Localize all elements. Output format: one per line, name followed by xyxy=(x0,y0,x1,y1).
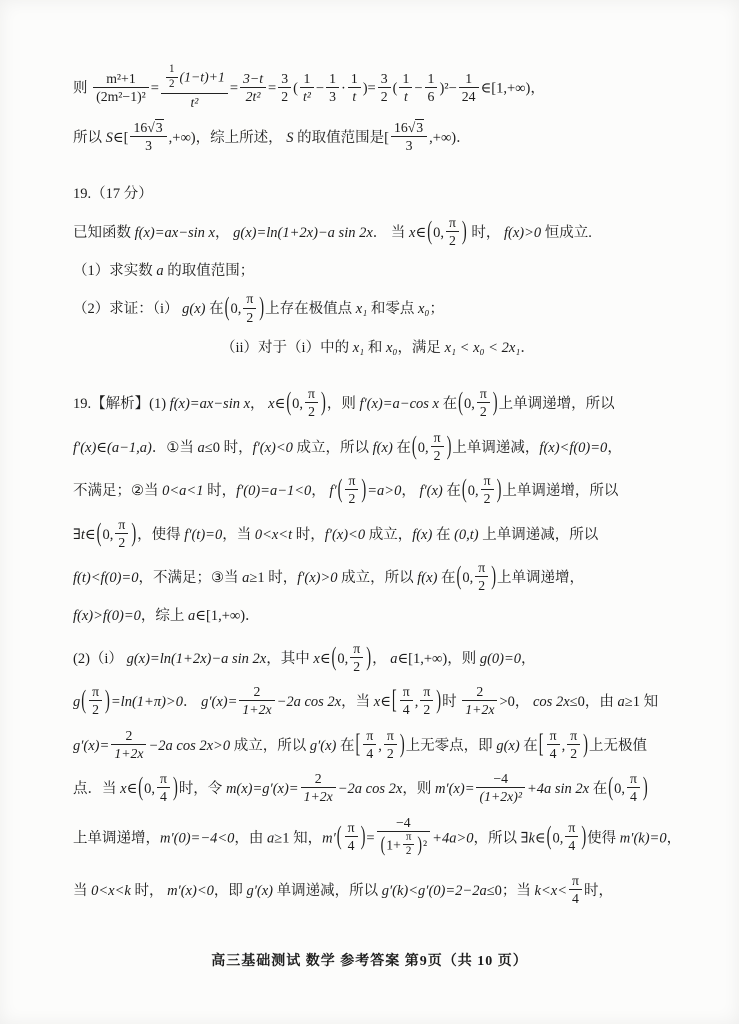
big-delimiter: ) xyxy=(497,467,502,514)
math-run: g(x) xyxy=(182,301,205,317)
text-run: π xyxy=(403,684,410,699)
math-run: 1+2x xyxy=(114,746,143,761)
text-run: 点．当 xyxy=(73,781,120,797)
solution-18-line-2: 所以 S∈[16√33,+∞)，综上所述， S 的取值范围是[16√33,+∞)… xyxy=(73,121,687,156)
text-run: ，不满足；③当 xyxy=(138,570,242,586)
text-run: π xyxy=(423,684,430,699)
big-delimiter: ) xyxy=(366,635,371,682)
fraction: 21+2x xyxy=(462,683,497,718)
fraction: 16√33 xyxy=(391,119,427,154)
text-run: π xyxy=(550,728,557,743)
math-run: g(x)=ln(1+2x)−a sin 2x xyxy=(233,225,373,241)
fraction: 16 xyxy=(425,70,438,105)
text-run: 2 xyxy=(349,491,356,506)
math-run: x₀ xyxy=(386,340,397,356)
text-run: = xyxy=(151,81,159,97)
text-run: 0, xyxy=(433,225,444,241)
text-run: 0, xyxy=(468,483,479,499)
fraction: π2 xyxy=(475,559,488,594)
big-delimiter: ) xyxy=(583,722,588,769)
text-run: ≥1 知， xyxy=(274,830,322,846)
text-run: π xyxy=(366,728,373,743)
math-run: f′(x)=a−cos x xyxy=(359,396,439,412)
fraction: π2 xyxy=(403,831,415,860)
math-run: f(x) xyxy=(417,570,437,586)
text-run: 2 xyxy=(449,233,456,248)
text-run: · xyxy=(341,81,346,97)
page-footer: 高三基础测试 数学 参考答案 第9页（共 10 页） xyxy=(0,950,739,970)
text-run: π xyxy=(434,430,441,445)
math-run: −2a cos 2x>0 xyxy=(148,738,230,754)
document-body: 则 m²+1(2m²−1)²=12(1−t)+1t²=3−t2t²=32(1t²… xyxy=(73,58,687,918)
text-run: ∈ xyxy=(275,396,286,412)
math-run: f′(x) xyxy=(419,483,442,499)
fraction: π2 xyxy=(431,429,444,464)
text-run: 1+ xyxy=(386,837,401,852)
math-run: f′(x)>0 xyxy=(297,570,337,586)
text-run: 上单调递增， xyxy=(497,570,584,586)
text-run: 1 xyxy=(303,71,310,86)
fraction: π4 xyxy=(157,770,170,805)
text-run: 3 xyxy=(281,71,288,86)
text-run: 2 xyxy=(478,578,485,593)
text-run: ∈ xyxy=(85,527,96,543)
text-run: − xyxy=(316,81,324,97)
solution-19-line-1: 19.【解析】(1) f(x)=ax−sin x， x∈(0,π2)，则 f′(… xyxy=(73,387,687,422)
scanned-answer-page: 则 m²+1(2m²−1)²=12(1−t)+1t²=3−t2t²=32(1t²… xyxy=(0,0,739,1024)
text-run: 6 xyxy=(428,89,435,104)
text-run: ² xyxy=(423,837,427,852)
text-run: 在 xyxy=(393,440,411,456)
big-delimiter: [ xyxy=(355,722,360,769)
text-run: 0, xyxy=(553,830,564,846)
text-run: −4 xyxy=(493,771,508,786)
math-run: S xyxy=(106,130,113,146)
big-delimiter: ( xyxy=(81,679,86,726)
text-run: 上无极值 xyxy=(589,738,647,754)
math-run: +4a>0 xyxy=(432,830,473,846)
text-run: 2 xyxy=(423,702,430,717)
math-run: =ln(1+π)>0 xyxy=(111,694,183,710)
text-run: π xyxy=(570,728,577,743)
text-run: ， xyxy=(250,396,268,412)
math-run: x₁ xyxy=(356,301,367,317)
text-run: 在 xyxy=(520,738,538,754)
text-run: ，则 xyxy=(327,396,360,412)
math-run: 3−t xyxy=(243,71,263,86)
math-run: f′(x)<0 xyxy=(253,440,293,456)
text-run: 上无零点，即 xyxy=(406,738,497,754)
text-run: ， xyxy=(372,651,390,667)
solution-19-line-5: f(t)<f(0)=0，不满足；③当 a≥1 时，f′(x)>0 成立，所以 f… xyxy=(73,561,687,596)
solution-19-line-3: 不满足；②当 0<a<1 时，f′(0)=a−1<0， f′(π2)=a>0， … xyxy=(73,474,687,509)
big-delimiter: ) xyxy=(173,765,178,812)
text-run: 和零点 xyxy=(367,301,418,317)
text-run: ∈[ xyxy=(113,130,129,146)
math-run: g′(x)= xyxy=(201,694,237,710)
text-run: 时， xyxy=(292,527,325,543)
math-run: x₁ < x₀ < 2x₁ xyxy=(445,340,521,356)
text-run: 1 xyxy=(402,71,409,86)
big-delimiter: ( xyxy=(462,467,467,514)
fraction: π4 xyxy=(627,770,640,805)
big-delimiter: ( xyxy=(286,381,291,428)
text-run: 0, xyxy=(230,301,241,317)
text-run: 2 xyxy=(254,684,261,699)
question-19-part-1: （1）求实数 a 的取值范围； xyxy=(73,259,687,284)
text-run: 0, xyxy=(462,570,473,586)
text-run: )²− xyxy=(439,81,456,97)
text-run: 上单调递增，所以 xyxy=(502,483,618,499)
math-run: m′(x)<0 xyxy=(167,883,214,899)
math-run: (1−t)+1 xyxy=(180,69,225,84)
text-run: 时，令 xyxy=(179,781,226,797)
fraction: 3−t2t² xyxy=(240,70,266,105)
math-run: 0<a<1 xyxy=(162,483,203,499)
text-run: 19.（17 分） xyxy=(73,186,153,202)
text-run: 在 xyxy=(439,396,457,412)
fraction: 21+2x xyxy=(301,770,336,805)
text-run: = xyxy=(366,830,374,846)
text-run: ∈ xyxy=(535,830,546,846)
fraction: π2 xyxy=(567,727,580,762)
text-run: ∈ xyxy=(127,781,138,797)
fraction: −4(1+2x)² xyxy=(476,770,524,805)
math-run: f′(t)=0 xyxy=(184,527,222,543)
text-run: π xyxy=(387,728,394,743)
math-run: g(x) xyxy=(496,738,519,754)
big-delimiter: [ xyxy=(392,679,397,726)
math-run: f′(x)<0 xyxy=(325,527,365,543)
text-run: π xyxy=(568,820,575,835)
text-run: −4 xyxy=(396,815,411,830)
text-run: 成立，所以 xyxy=(230,738,310,754)
text-run: 3 xyxy=(406,138,413,153)
fraction: π2 xyxy=(350,640,363,675)
fraction: π2 xyxy=(115,516,128,551)
fraction: π4 xyxy=(400,683,413,718)
math-run: S xyxy=(286,130,293,146)
solution-19-line-9: g′(x)=21+2x−2a cos 2x>0 成立，所以 g′(x) 在[π4… xyxy=(73,729,687,764)
text-run: ( xyxy=(393,81,398,97)
math-run: (0,t) xyxy=(454,527,479,543)
text-run: ． xyxy=(183,694,201,710)
fraction: π2 xyxy=(305,385,318,420)
text-run: 1 xyxy=(329,71,336,86)
math-run: f(x)>0 xyxy=(504,225,541,241)
big-delimiter: ) xyxy=(447,424,452,471)
text-run: 4 xyxy=(550,746,557,761)
text-run: 4 xyxy=(568,838,575,853)
text-run: ，即 xyxy=(214,883,247,899)
text-run: 0, xyxy=(292,396,303,412)
text-run: （ii）对于（i）中的 xyxy=(221,340,353,356)
big-delimiter: ) xyxy=(417,831,422,857)
fraction: π2 xyxy=(477,385,490,420)
fraction: 32 xyxy=(278,70,291,105)
math-run: f(t)<f(0)=0 xyxy=(73,570,138,586)
solution-19-line-6: f(x)>f(0)=0，综上 a∈[1,+∞)． xyxy=(73,604,687,629)
text-run: ，当 xyxy=(341,694,374,710)
text-run: 在 xyxy=(206,301,224,317)
text-run: 2 xyxy=(118,535,125,550)
text-run: , xyxy=(415,694,419,710)
text-run: ∈ xyxy=(415,225,426,241)
math-run: g′(x) xyxy=(246,883,273,899)
text-run: ∈[1,+∞)， xyxy=(481,81,545,97)
math-run: f′(0)=a−1<0 xyxy=(236,483,311,499)
text-run: 时， xyxy=(131,883,167,899)
text-run: 单调递减，所以 xyxy=(273,883,382,899)
text-run: π xyxy=(353,641,360,656)
text-run: 2 xyxy=(476,684,483,699)
text-run: ≤0 时， xyxy=(205,440,253,456)
text-run: ； xyxy=(429,301,444,317)
text-run: 在 xyxy=(432,527,454,543)
big-delimiter: ) xyxy=(581,815,586,862)
big-delimiter: ) xyxy=(491,554,496,601)
math-run: f(x)=ax−sin x xyxy=(135,225,215,241)
math-run: a xyxy=(197,440,204,456)
math-run: (a−1,a) xyxy=(107,440,152,456)
math-run: m′(0)=−4<0 xyxy=(160,830,234,846)
text-run: 上存在极值点 xyxy=(265,301,356,317)
math-run: =a>0 xyxy=(367,483,401,499)
math-run: g(x)=ln(1+2x)−a sin 2x xyxy=(127,651,267,667)
big-delimiter: ) xyxy=(462,209,467,256)
text-run: = xyxy=(268,81,276,97)
big-delimiter: ) xyxy=(643,765,648,812)
math-run: 1+2x xyxy=(242,702,271,717)
fraction: π4 xyxy=(363,727,376,762)
fraction: m²+1(2m²−1)² xyxy=(93,70,149,105)
text-run: 在 xyxy=(336,738,354,754)
big-delimiter: ) xyxy=(105,679,110,726)
text-run: ,+∞)，综上所述， xyxy=(169,130,287,146)
math-run: f(x)>f(0)=0 xyxy=(73,608,141,624)
text-run: 已知函数 xyxy=(73,225,135,241)
math-run: f′(x) xyxy=(73,440,96,456)
text-run: − xyxy=(414,81,422,97)
text-run: ， xyxy=(215,225,233,241)
text-run: )= xyxy=(363,81,376,97)
text-run: 2 xyxy=(92,702,99,717)
text-run: 3 xyxy=(145,138,152,153)
math-run: k<x< xyxy=(535,883,567,899)
math-run: f(x)=ax−sin x xyxy=(170,396,250,412)
big-delimiter: ( xyxy=(412,424,417,471)
text-run: 4 xyxy=(366,746,373,761)
question-19-part-2i: （2）求证：（i） g(x) 在(0,π2)上存在极值点 x₁ 和零点 x₀； xyxy=(73,292,687,327)
fraction: π2 xyxy=(243,290,256,325)
big-delimiter: ) xyxy=(361,467,366,514)
fraction: 12 xyxy=(166,63,178,92)
text-run: 4 xyxy=(348,838,355,853)
fraction: π2 xyxy=(446,214,459,249)
fraction: π4 xyxy=(569,872,582,907)
fraction: π2 xyxy=(89,683,102,718)
math-run: m′(x)= xyxy=(435,781,475,797)
text-run: 上单调递增，所以 xyxy=(499,396,615,412)
text-run: 2 xyxy=(406,845,412,857)
text-run: ∈[1,+∞)． xyxy=(195,608,259,624)
text-run: 成立，所以 xyxy=(293,440,373,456)
math-run: f(x)<f(0)=0 xyxy=(539,440,607,456)
big-delimiter: ( xyxy=(427,209,432,256)
text-run: π xyxy=(484,473,491,488)
text-run: 2 xyxy=(125,728,132,743)
math-run: f(x) xyxy=(412,527,432,543)
fraction: 16√33 xyxy=(130,119,166,154)
text-run: ， xyxy=(667,830,682,846)
big-delimiter: ( xyxy=(338,467,343,514)
text-run: ，当 xyxy=(222,527,255,543)
text-run: 上单调递增， xyxy=(73,830,160,846)
text-run: 1 xyxy=(428,71,435,86)
big-delimiter: [ xyxy=(539,722,544,769)
text-run: 2 xyxy=(315,771,322,786)
text-run: 的取值范围是[ xyxy=(294,130,389,146)
text-run: , xyxy=(562,738,566,754)
text-run: 使得 xyxy=(587,830,620,846)
big-delimiter: ) xyxy=(131,511,136,558)
fraction: −4(1+π2)² xyxy=(377,814,431,861)
math-run: g(0)=0 xyxy=(480,651,521,667)
text-run: ，由 xyxy=(234,830,267,846)
math-run: m′ xyxy=(322,830,336,846)
text-run: ≤0；当 xyxy=(487,883,535,899)
math-run: a xyxy=(617,694,624,710)
big-delimiter: ) xyxy=(259,286,264,333)
text-run: 1 xyxy=(351,71,358,86)
text-run: 0, xyxy=(614,781,625,797)
text-run: (2)（i） xyxy=(73,651,127,667)
text-run: ∈ xyxy=(380,694,391,710)
fraction: 1t² xyxy=(300,70,314,105)
big-delimiter: ( xyxy=(457,554,462,601)
text-run: 时， xyxy=(203,483,236,499)
text-run: π xyxy=(480,386,487,401)
big-delimiter: ( xyxy=(458,381,463,428)
text-run: ≥1 知 xyxy=(625,694,658,710)
big-delimiter: ) xyxy=(361,815,366,862)
text-run: 2 xyxy=(281,89,288,104)
text-run: （1）求实数 xyxy=(73,263,156,279)
text-run: ． 当 xyxy=(373,225,409,241)
text-run: , xyxy=(378,738,382,754)
fraction: 124 xyxy=(459,70,479,105)
math-run: x₁ xyxy=(353,340,364,356)
text-run: 2 xyxy=(381,89,388,104)
text-run: (2m²−1)² xyxy=(96,89,146,104)
text-run: 4 xyxy=(630,789,637,804)
big-delimiter: ( xyxy=(225,286,230,333)
text-run: （2）求证：（i） xyxy=(73,301,182,317)
text-run: 0, xyxy=(102,527,113,543)
text-run: 1 xyxy=(169,63,175,75)
text-run: 上单调递减，所以 xyxy=(479,527,599,543)
text-run: 3 xyxy=(329,89,336,104)
text-run: π xyxy=(118,517,125,532)
text-run: ．①当 xyxy=(152,440,198,456)
text-run: 成立， xyxy=(365,527,412,543)
math-run: t xyxy=(352,89,356,104)
text-run: 在 xyxy=(443,483,461,499)
text-run: 4 xyxy=(403,702,410,717)
solution-19-line-12: 当 0<x<k 时， m′(x)<0，即 g′(x) 单调递减，所以 g′(k)… xyxy=(73,874,687,909)
text-run: 恒成立. xyxy=(541,225,592,241)
text-run: π xyxy=(160,771,167,786)
big-delimiter: ( xyxy=(337,815,342,862)
text-run: m²+1 xyxy=(106,71,135,86)
text-run: 16 xyxy=(133,120,147,135)
text-run: π xyxy=(348,473,355,488)
text-run: ， xyxy=(521,651,536,667)
text-run: ，满足 xyxy=(397,340,444,356)
text-run: π xyxy=(348,820,355,835)
math-run: 0<x<t xyxy=(255,527,292,543)
text-run: π xyxy=(449,215,456,230)
text-run: 4 xyxy=(572,891,579,906)
math-run: g′(x) xyxy=(310,738,337,754)
math-run: m′(k)=0 xyxy=(620,830,667,846)
big-delimiter: ( xyxy=(332,635,337,682)
text-run: ，使得 xyxy=(137,527,184,543)
fraction: π2 xyxy=(420,683,433,718)
text-run: 2 xyxy=(387,746,394,761)
text-run: 0, xyxy=(464,396,475,412)
solution-19-line-8: g(π2)=ln(1+π)>0． g′(x)=21+2x−2a cos 2x，当… xyxy=(73,685,687,720)
text-run: π xyxy=(630,771,637,786)
fraction: 32 xyxy=(378,70,391,105)
fraction: π2 xyxy=(345,472,358,507)
text-run: 时， xyxy=(584,883,613,899)
math-run: t² xyxy=(190,95,198,110)
text-run: 在 xyxy=(437,570,455,586)
big-delimiter: ) xyxy=(493,381,498,428)
math-run: a xyxy=(156,263,163,279)
text-run: ≤0，由 xyxy=(570,694,618,710)
text-run: ． xyxy=(520,340,535,356)
math-run: cos 2x xyxy=(533,694,570,710)
text-run: ∈ xyxy=(96,440,107,456)
text-run: 和 xyxy=(364,340,386,356)
math-run: +4a sin 2x xyxy=(527,781,589,797)
math-run: t² xyxy=(303,89,311,104)
text-run: 2 xyxy=(353,659,360,674)
text-run: ，综上 xyxy=(141,608,188,624)
text-run: ，其中 xyxy=(266,651,313,667)
big-delimiter: ( xyxy=(608,765,613,812)
text-run: π xyxy=(246,291,253,306)
text-run: >0， xyxy=(499,694,533,710)
math-run: 1+2x xyxy=(465,702,494,717)
text-run: π xyxy=(572,873,579,888)
text-run: 在 xyxy=(589,781,607,797)
text-run: 时 xyxy=(442,694,460,710)
text-run: 所以 xyxy=(73,130,106,146)
text-run: 0, xyxy=(144,781,155,797)
solution-19-line-2: f′(x)∈(a−1,a)．①当 a≤0 时，f′(x)<0 成立，所以 f(x… xyxy=(73,431,687,466)
text-run: 19.【解析】(1) xyxy=(73,396,170,412)
text-run: 1 xyxy=(465,71,472,86)
solution-19-line-7: (2)（i） g(x)=ln(1+2x)−a sin 2x，其中 x∈(0,π2… xyxy=(73,642,687,677)
text-run: ∈ xyxy=(320,651,331,667)
text-run: ,+∞)． xyxy=(429,130,470,146)
fraction: 21+2x xyxy=(111,727,146,762)
solution-19-line-10: 点．当 x∈(0,π4)时，令 m(x)=g′(x)=21+2x−2a cos … xyxy=(73,772,687,807)
text-run: 时， xyxy=(468,225,504,241)
